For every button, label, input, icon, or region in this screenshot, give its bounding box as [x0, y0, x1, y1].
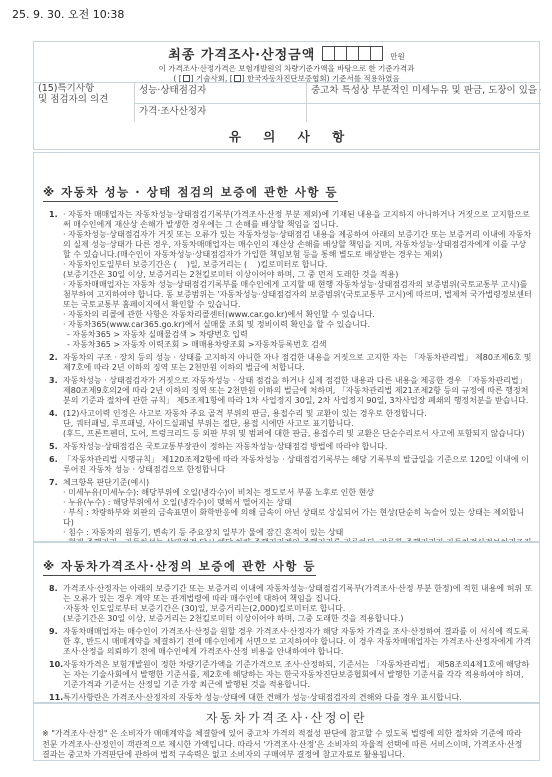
item-text: 자동차매매업자는 매수인이 가격조사·산정을 원할 경우 가격조사·산정자가 해… — [63, 627, 533, 657]
special-notes-label-line1: (15)특기사항 — [38, 84, 130, 95]
item-paragraph: 자동차의 구조 · 장치 등의 성능 · 상태를 고지하지 아니한 자나 점검한… — [63, 353, 533, 373]
note-segment: ( [ — [173, 74, 181, 83]
appraiser-role-cell: 가격·조사산정자 — [134, 103, 306, 122]
item-text: (12)사고이력 인정은 사고로 자동차 주요 골격 부위의 판금, 용접수리 … — [63, 409, 533, 439]
item-paragraph: 자동차성능 · 상태점검자가 거짓으로 자동차성능 · 상태 점검을 하거나 실… — [63, 376, 533, 406]
item-paragraph: (보증기간은 30일 이상, 보증거리는 2천킬로미터 이상이어야 하며, 그중… — [63, 614, 533, 624]
notice-header-bar: 유 의 사 항 — [33, 122, 540, 150]
notice-item: 9.자동차매매업자는 매수인이 가격조사·산정을 원할 경우 가격조사·산정자가… — [49, 627, 533, 657]
item-paragraph: · 자동차의 리콜에 관한 사항은 자동차리콜센터(www.car.go.kr)… — [63, 310, 533, 320]
item-number: 2. — [49, 353, 63, 373]
item-text: 자동차성능·상태점검은 국토교통부장관이 정하는 자동차성능·상태점검 방법에 … — [63, 442, 533, 452]
notice-title: 유 의 사 항 — [220, 127, 353, 145]
item-text: 자동차의 구조 · 장치 등의 성능 · 상태를 고지하지 아니한 자나 점검한… — [63, 353, 533, 373]
diagnosis-warranty-association-checkbox — [234, 75, 241, 82]
item-number: 8. — [49, 584, 63, 624]
special-notes-label-line2: 및 점검자의 의견 — [38, 95, 130, 106]
notice-item: 6.「자동차관리법 시행규칙」 제120조제2항에 따라 자동차성능 · 상태점… — [49, 455, 533, 475]
inspector-role-cell: 성능·상태점검자 — [134, 83, 306, 103]
notice-item: 2.자동차의 구조 · 장치 등의 성능 · 상태를 고지하지 아니한 자나 점… — [49, 353, 533, 373]
final-price-title-row: 최종 가격조사·산정금액 만원 — [168, 44, 405, 63]
item-paragraph: · 부식 : 차량하부와 외판의 금속표면이 화학반응에 의해 금속이 아닌 상… — [63, 508, 533, 528]
appraiser-comment-cell — [306, 103, 541, 122]
price-digit-boxes — [322, 46, 383, 61]
item-paragraph: (보증기간은 30일 이상, 보증거리는 2천킬로미터 이상이어야 하며, 그 … — [63, 270, 533, 280]
item-text: 체크항목 판단기준(예시)· 미세누유(미세누수): 해당부위에 오일(냉각수)… — [63, 478, 533, 542]
item-paragraph: 단, 쿼터패널, 루프패널, 사이드실패널 부위는 절단, 용접 시에만 사고로… — [63, 419, 533, 429]
special-notes-label-cell: (15)특기사항 및 점검자의 의견 — [34, 83, 134, 122]
notice-item: 5.자동차성능·상태점검은 국토교통부장관이 정하는 자동차성능·상태점검 방법… — [49, 442, 533, 452]
item-number: 3. — [49, 376, 63, 406]
price-unit-label: 만원 — [390, 51, 405, 62]
item-number: 5. — [49, 442, 63, 452]
item-paragraph: (후드, 프론트펜더, 도어, 트렁크리드 등 외판 부위 및 범퍼에 대한 판… — [63, 429, 533, 439]
section-heading-wrap: ※ 자동차가격조사·산정의 보증에 관한 사항 등 — [43, 555, 539, 576]
definition-title: 자동차가격조사·산정이란 — [34, 709, 539, 726]
section-2-heading: ※ 자동차가격조사·산정의 보증에 관한 사항 등 — [43, 558, 316, 576]
final-price-label: 최종 가격조사·산정금액 — [168, 44, 315, 63]
notice-item: 7.체크항목 판단기준(예시)· 미세누유(미세누수): 해당부위에 오일(냉각… — [49, 478, 533, 542]
note-segment: ] 한국자동차진단보증협회) 기준서를 적용하였음 — [242, 74, 400, 83]
definition-body: ※ "가격조사·산정" 은 소비자가 매매계약을 체결함에 있어 중고차 가격의… — [34, 726, 539, 761]
item-paragraph: 「자동차관리법 시행규칙」 제120조제2항에 따라 자동차성능 · 상태점검기… — [63, 455, 533, 475]
section-1-items: 1.· 자동차 매매업자는 자동차성능·상태점검기록부(가격조사·산정 부분 제… — [34, 210, 539, 542]
item-paragraph: · 자동차인도일부터 보증기간은 ( )일, 보증거리는 ( )킬로미터로 합니… — [63, 260, 533, 270]
price-appraisal-warranty-section: ※ 자동차가격조사·산정의 보증에 관한 사항 등 8.가격조사·산정자는 아래… — [33, 542, 540, 703]
item-paragraph: · 침수 : 자동차의 원동기, 변속기 등 주요장치 일부가 물에 잠긴 흔적… — [63, 528, 533, 538]
notice-item: 1.· 자동차 매매업자는 자동차성능·상태점검기록부(가격조사·산정 부분 제… — [49, 210, 533, 350]
notice-item: 8.가격조사·산정자는 아래의 보증기간 또는 보증거리 이내에 자동차성능·상… — [49, 584, 533, 624]
price-digit-box — [370, 46, 383, 61]
item-paragraph: 자동차성능·상태점검은 국토교통부장관이 정하는 자동차성능·상태점검 방법에 … — [63, 442, 533, 452]
item-number: 9. — [49, 627, 63, 657]
notice-item: 10.자동차가격은 보험개발원이 정한 차량기준가액을 기준가격으로 조사·산정… — [49, 660, 533, 690]
final-price-header-cell: 최종 가격조사·산정금액 만원 이 가격조사·산정가격은 보험개발원의 차량기준… — [34, 42, 539, 83]
item-paragraph: - 자동차365 > 자동차 실매물검색 > 차량번호 입력 — [67, 330, 533, 340]
item-number: 4. — [49, 409, 63, 439]
item-paragraph: · 누유(누수) : 해당부위에서 오일(냉각수)이 맺혀서 떨어지는 상태 — [63, 498, 533, 508]
price-basis-note: 이 가격조사·산정가격은 보험개발원의 차량기준가액을 바탕으로 한 기준가격과 — [159, 64, 415, 73]
item-paragraph: · 자동차365(www.car365.go.kr)에서 실매물 조회 및 정비… — [63, 320, 533, 330]
item-text: 가격조사·산정자는 아래의 보증기간 또는 보증거리 이내에 자동차성능·상태점… — [63, 584, 533, 624]
item-paragraph: · 미세누유(미세누수): 해당부위에 오일(냉각수)이 비치는 정도로서 부품… — [63, 488, 533, 498]
reference-book-note: ( [] 기술사회, [] 한국자동차진단보증협회) 기준서를 적용하였음 — [173, 74, 399, 83]
item-paragraph: · 자동차 매매업자는 자동차성능·상태점검기록부(가격조사·산정 부분 제외)… — [63, 210, 533, 230]
item-text: 「자동차관리법 시행규칙」 제120조제2항에 따라 자동차성능 · 상태점검기… — [63, 455, 533, 475]
item-number: 6. — [49, 455, 63, 475]
final-price-table: 최종 가격조사·산정금액 만원 이 가격조사·산정가격은 보험개발원의 차량기준… — [33, 41, 540, 123]
notice-item: 3.자동차성능 · 상태점검자가 거짓으로 자동차성능 · 상태 점검을 하거나… — [49, 376, 533, 406]
note-segment: ] 기술사회, [ — [191, 74, 233, 83]
scanned-document-page: 25. 9. 30. 오전 10:38 최종 가격조사·산정금액 만원 이 가격… — [0, 0, 552, 777]
engineer-association-checkbox — [183, 75, 190, 82]
item-number: 11. — [49, 693, 63, 703]
performance-inspection-warranty-section: ※ 자동차 성능 · 상태 점검의 보증에 관한 사항 등 1.· 자동차 매매… — [33, 152, 540, 542]
item-number: 7. — [49, 478, 63, 542]
item-paragraph: · 자동차성능·상태점검자가 거짓 또는 오류가 있는 자동차성능·상태점검 내… — [63, 230, 533, 260]
item-paragraph: - 자동차365 > 자동차 이력조회 > 매매용차량조회 >자동차등록번호 검… — [67, 340, 533, 350]
item-paragraph: 자동차가격은 보험개발원이 정한 차량기준가액을 기준가격으로 조사·산정하되,… — [63, 660, 533, 690]
item-number: 10. — [49, 660, 63, 690]
section-heading-wrap: ※ 자동차 성능 · 상태 점검의 보증에 관한 사항 등 — [43, 181, 539, 202]
item-paragraph: · 자동차매매업자는 자동차 성능·상태점검기록부를 매수인에게 고지할 때 현… — [63, 280, 533, 310]
item-paragraph: ·자동차 인도일로부터 보증기간은 (30)일, 보증거리는(2,000)킬로미… — [63, 604, 533, 614]
item-text: 자동차성능 · 상태점검자가 거짓으로 자동차성능 · 상태 점검을 하거나 실… — [63, 376, 533, 406]
item-text: 특기사항란은 가격조사·산정자의 자동차 성능·상태에 대한 견해가 성능·상태… — [63, 693, 533, 703]
item-paragraph: 특기사항란은 가격조사·산정자의 자동차 성능·상태에 대한 견해가 성능·상태… — [63, 693, 533, 703]
item-number: 1. — [49, 210, 63, 350]
item-paragraph: 체크항목 판단기준(예시) — [63, 478, 533, 488]
section-2-items: 8.가격조사·산정자는 아래의 보증기간 또는 보증거리 이내에 자동차성능·상… — [34, 584, 539, 703]
special-notes-grid: (15)특기사항 및 점검자의 의견 성능·상태점검자 중고차 특성상 부분적인… — [34, 83, 539, 122]
item-paragraph: 가격조사·산정자는 아래의 보증기간 또는 보증거리 이내에 자동차성능·상태점… — [63, 584, 533, 604]
notice-item: 4.(12)사고이력 인정은 사고로 자동차 주요 골격 부위의 판금, 용접수… — [49, 409, 533, 439]
page-timestamp: 25. 9. 30. 오전 10:38 — [12, 6, 124, 22]
item-text: · 자동차 매매업자는 자동차성능·상태점검기록부(가격조사·산정 부분 제외)… — [63, 210, 533, 350]
price-appraisal-definition-box: 자동차가격조사·산정이란 ※ "가격조사·산정" 은 소비자가 매매계약을 체결… — [33, 703, 540, 761]
item-paragraph: 자동차매매업자는 매수인이 가격조사·산정을 원할 경우 가격조사·산정자가 해… — [63, 627, 533, 657]
notice-item: 11.특기사항란은 가격조사·산정자의 자동차 성능·상태에 대한 견해가 성능… — [49, 693, 533, 703]
item-paragraph: (12)사고이력 인정은 사고로 자동차 주요 골격 부위의 판금, 용접수리 … — [63, 409, 533, 419]
section-1-heading: ※ 자동차 성능 · 상태 점검의 보증에 관한 사항 등 — [43, 184, 338, 202]
inspector-comment-cell: 중고차 특성상 부분적인 미세누유 및 판금, 도장이 있을 수 있습니다. — [306, 83, 541, 103]
item-text: 자동차가격은 보험개발원이 정한 차량기준가액을 기준가격으로 조사·산정하되,… — [63, 660, 533, 690]
